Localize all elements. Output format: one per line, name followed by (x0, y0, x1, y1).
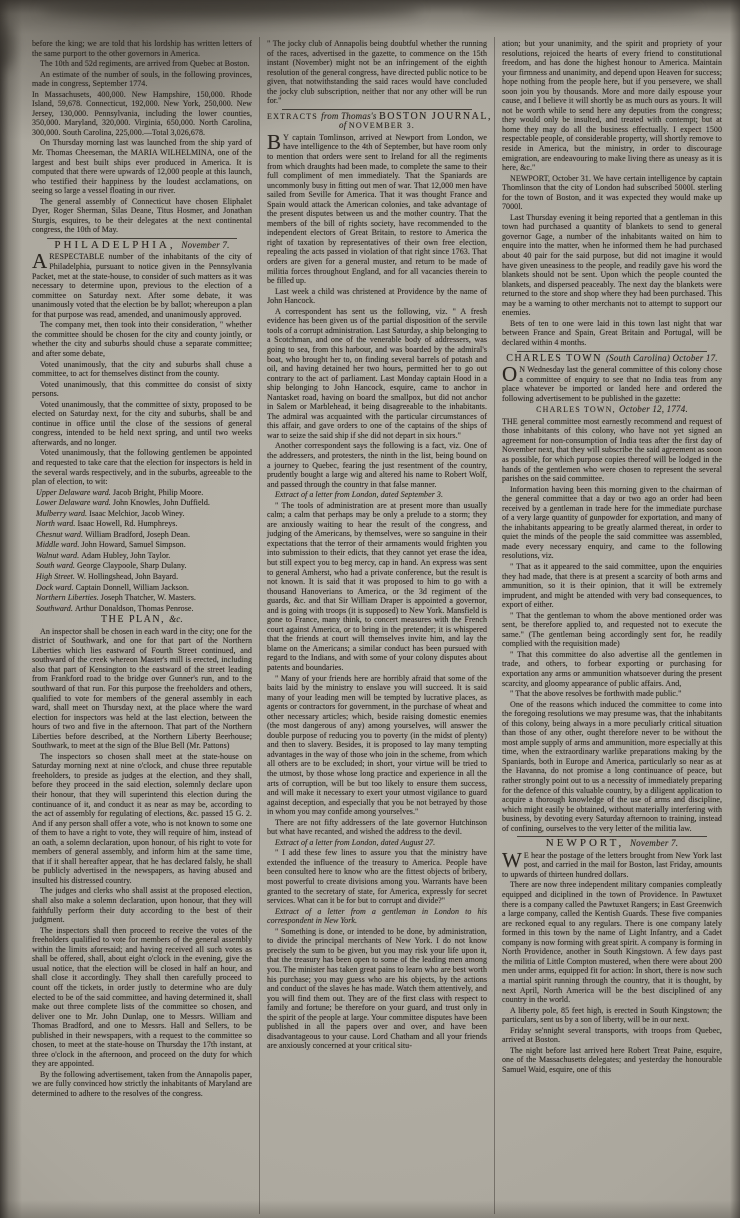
paragraph: Voted unanimously, that this committee d… (32, 380, 252, 399)
paragraph: The night before last arrived here Rober… (502, 1046, 722, 1075)
dropcap-paragraph: ON Wednesday last the general committee … (502, 365, 722, 403)
paragraph: A correspondent has sent us the followin… (267, 307, 487, 441)
paragraph: Bets of ten to one were laid in this tow… (502, 319, 722, 348)
paragraph: Extract of a letter from a gentleman in … (267, 907, 487, 926)
drop-capital: W (502, 851, 524, 869)
paragraph: " That as it appeared to the said commit… (502, 562, 722, 610)
drop-capital: B (267, 133, 283, 151)
paragraph: " Something is done, or intended to be d… (267, 927, 487, 1051)
section-heading: EXTRACTS from Thomas's BOSTON JOURNAL,of… (267, 112, 487, 131)
paragraph: An estimate of the number of souls, in t… (32, 70, 252, 89)
paragraph: Voted unanimously, that the committee of… (32, 400, 252, 448)
paragraph: The judges and clerks who shall assist a… (32, 886, 252, 924)
paragraph: " The tools of administration are at pre… (267, 501, 487, 673)
paragraph: " I add these few lines to assure you th… (267, 848, 487, 905)
paragraph: There are not fifty addressers of the la… (267, 818, 487, 837)
ward-inspectors-line: Middle ward. John Howard, Samuel Simpson… (32, 540, 252, 550)
ward-inspectors-line: Upper Delaware ward. Jacob Bright, Phili… (32, 488, 252, 498)
paragraph: " That the gentleman to whom the above m… (502, 611, 722, 649)
paragraph: In Massachusets, 400,000. New Hampshire,… (32, 90, 252, 138)
paragraph: NEWPORT, October 31. We have certain int… (502, 174, 722, 212)
paragraph: Voted unanimously, that the city and sub… (32, 360, 252, 379)
ward-inspectors-line: Walnut ward. Adam Hubley, John Taylor. (32, 551, 252, 561)
paragraph: Another correspondent says the following… (267, 441, 487, 489)
paragraph: There are now three independent military… (502, 880, 722, 1004)
section-rule (517, 351, 706, 352)
paragraph: Last week a child was christened at Prov… (267, 287, 487, 306)
section-heading: CHARLES TOWN (South Carolina) October 17… (502, 354, 722, 364)
scan-smudge (0, 24, 14, 70)
paragraph: The 10th and 52d regiments, are arrived … (32, 59, 252, 69)
paragraph: The company met, then took into their co… (32, 320, 252, 358)
paragraph: On Thursday morning last was launched fr… (32, 138, 252, 195)
paragraph: The inspectors so chosen shall meet at t… (32, 752, 252, 886)
paragraph: By the following advertisement, taken fr… (32, 1070, 252, 1099)
paragraph: An inspector shall be chosen in each war… (32, 627, 252, 751)
paragraph: The inspectors shall then proceed to rec… (32, 926, 252, 1069)
column-layout: before the king; we are told that his lo… (25, 37, 729, 1214)
paragraph: Extract of a letter from London, dated A… (267, 838, 487, 848)
dropcap-paragraph: WE hear the postage of the letters broug… (502, 851, 722, 880)
paragraph: A liberty pole, 85 feet high, is erected… (502, 1006, 722, 1025)
dropcap-paragraph: ARESPECTABLE number of the inhabitants o… (32, 252, 252, 319)
paragraph: " Many of your friends here are horribly… (267, 674, 487, 817)
column-3: ation; but your unanimity, and the spiri… (494, 37, 729, 1214)
ward-inspectors-line: South ward. George Claypoole, Sharp Dula… (32, 561, 252, 571)
paragraph: The general assembly of Connecticut have… (32, 197, 252, 235)
paragraph: Last Thursday evening it being reported … (502, 213, 722, 318)
paragraph: Information having been this morning giv… (502, 485, 722, 561)
paragraph: before the king; we are told that his lo… (32, 39, 252, 58)
newspaper-page: before the king; we are told that his lo… (0, 0, 740, 1218)
ward-inspectors-line: High Street. W. Hollingshead, John Bayar… (32, 572, 252, 582)
ward-inspectors-line: Dock ward. Captain Donnell, William Jack… (32, 583, 252, 593)
scan-smudge (40, 2, 420, 18)
scan-smudge (470, 6, 700, 16)
paragraph: " That this committee do also advertise … (502, 650, 722, 688)
paragraph: ation; but your unanimity, and the spiri… (502, 39, 722, 173)
section-heading: NEWPORT, November 7. (502, 839, 722, 849)
ward-inspectors-line: Chesnut ward. William Bradford, Joseph D… (32, 530, 252, 540)
section-heading: PHILADELPHIA, November 7. (32, 241, 252, 251)
paragraph: " That the above resolves be forthwith m… (502, 689, 722, 699)
drop-capital: O (502, 365, 519, 383)
paragraph: One of the reasons which induced the com… (502, 700, 722, 834)
section-heading: THE PLAN, &c. (32, 615, 252, 625)
paragraph: THE general committee most earnestly rec… (502, 417, 722, 484)
paragraph: Friday se'nnight several transports, wit… (502, 1026, 722, 1045)
paragraph: Extract of a letter from London, dated S… (267, 490, 487, 500)
ward-inspectors-line: Lower Delaware ward. John Knowles, John … (32, 498, 252, 508)
ward-inspectors-line: North ward. Isaac Howell, Rd. Humphreys. (32, 519, 252, 529)
ward-inspectors-line: Northern Liberties. Joseph Thatcher, W. … (32, 593, 252, 603)
paragraph: " The jocky club of Annapolis being doub… (267, 39, 487, 106)
paragraph: Voted unanimously, that the following ge… (32, 448, 252, 486)
dropcap-paragraph: BY captain Tomlinson, arrived at Newport… (267, 133, 487, 286)
section-rule (282, 109, 471, 110)
column-2: " The jocky club of Annapolis being doub… (259, 37, 494, 1214)
drop-capital: A (32, 252, 49, 270)
section-heading: CHARLES TOWN, October 12, 1774. (502, 405, 722, 415)
ward-inspectors-line: Southward. Arthur Donaldson, Thomas Penr… (32, 604, 252, 614)
ward-inspectors-line: Mulberry ward. Isaac Melchior, Jacob Win… (32, 509, 252, 519)
column-1: before the king; we are told that his lo… (25, 37, 259, 1214)
